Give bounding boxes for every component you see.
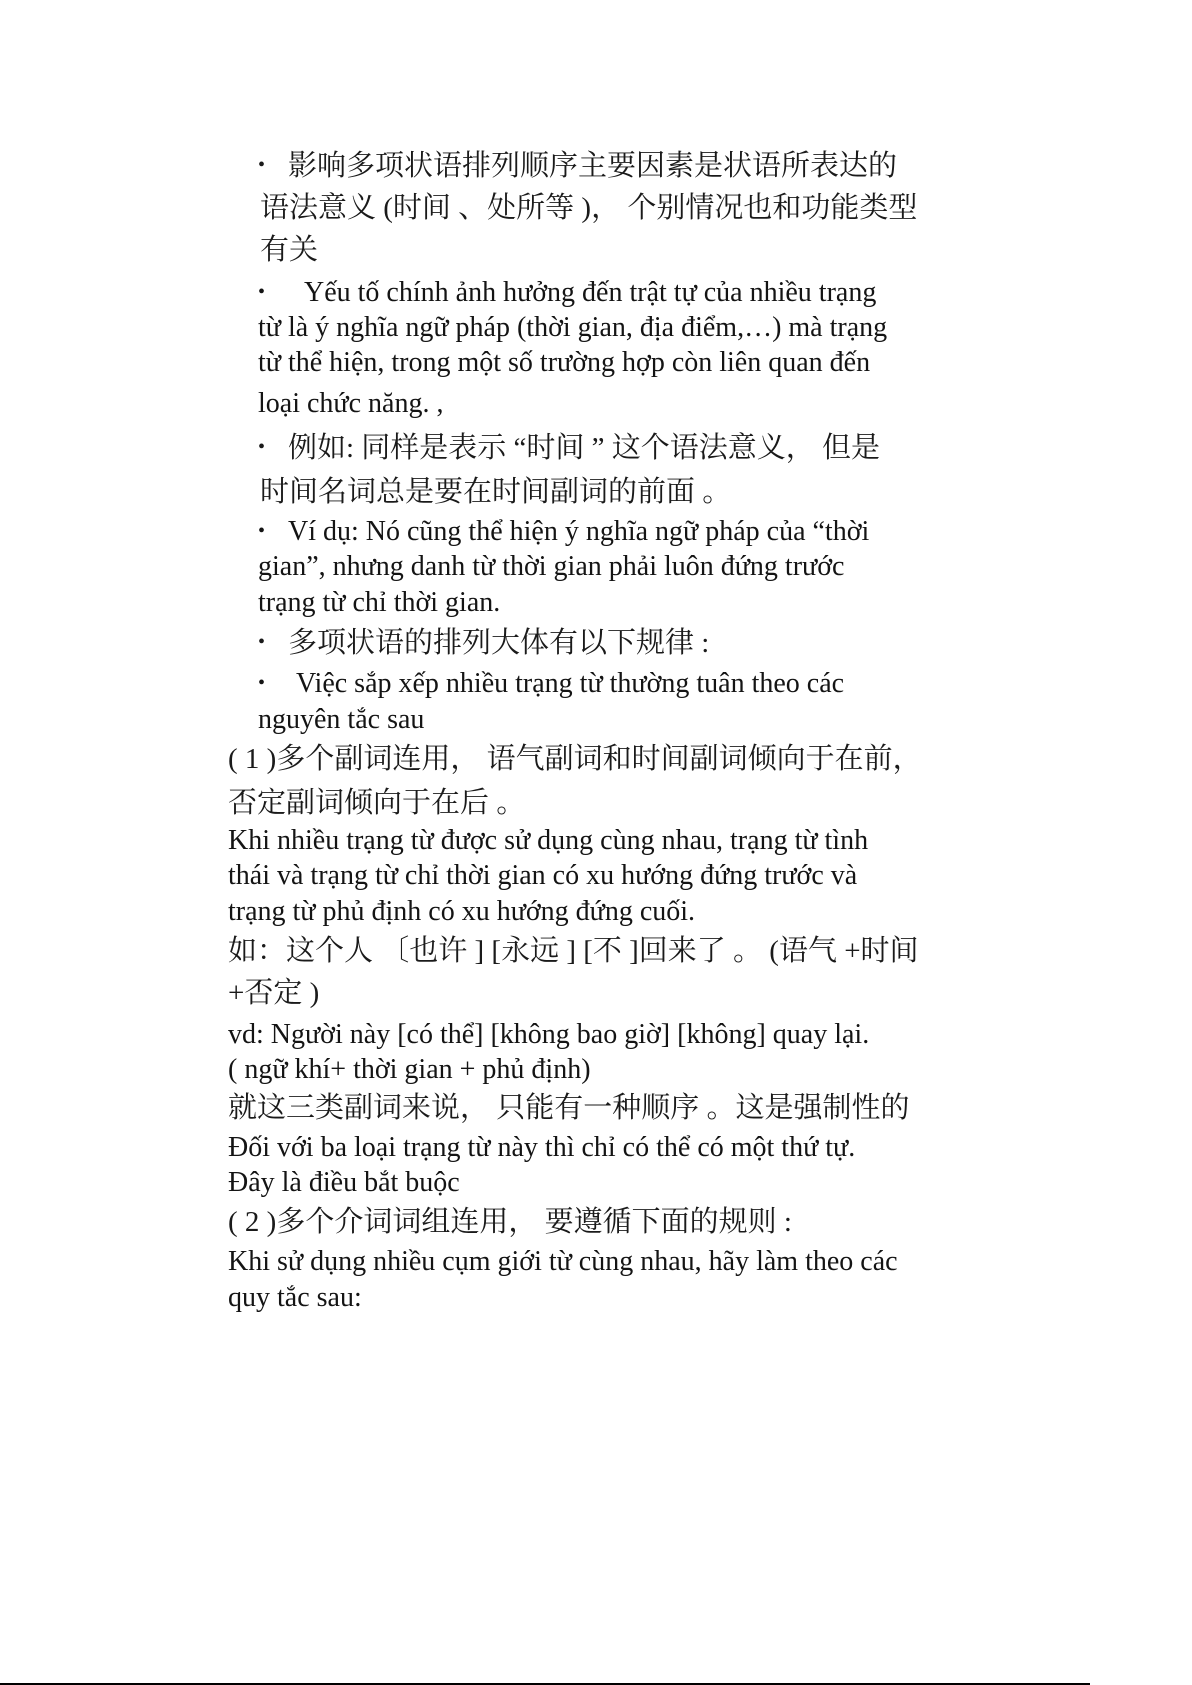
bullet-icon: •	[258, 521, 288, 541]
text-line: quy tắc sau:	[228, 1284, 362, 1312]
line-text: ( ngữ khí+ thời gian + phủ định)	[228, 1054, 591, 1085]
text-line: Khi nhiều trạng từ được sử dụng cùng nha…	[228, 827, 868, 855]
text-line: 时间名词总是要在时间副词的前面 。	[260, 478, 731, 507]
text-line: vd: Người này [có thể] [không bao giờ] […	[228, 1021, 869, 1049]
line-text: thái và trạng từ chỉ thời gian có xu hướ…	[228, 860, 857, 891]
line-text: trạng từ phủ định có xu hướng đứng cuối.	[228, 896, 695, 927]
line-text: loại chức năng. ,	[258, 388, 443, 419]
text-line: 否定副词倾向于在后 。	[228, 789, 525, 818]
text-line: ( ngữ khí+ thời gian + phủ định)	[228, 1056, 591, 1084]
bullet-icon: •	[258, 673, 296, 693]
text-line: từ là ý nghĩa ngữ pháp (thời gian, địa đ…	[258, 314, 887, 342]
line-text: từ là ý nghĩa ngữ pháp (thời gian, địa đ…	[258, 312, 887, 343]
text-line: trạng từ chỉ thời gian.	[258, 589, 500, 617]
text-line: nguyên tắc sau	[258, 706, 424, 734]
text-line: •例如: 同样是表示 “时间 ” 这个语法意义， 但是	[258, 434, 880, 463]
line-text: 影响多项状语排列顺序主要因素是状语所表达的	[288, 150, 897, 182]
text-line: thái và trạng từ chỉ thời gian có xu hướ…	[228, 862, 857, 890]
line-text: Khi nhiều trạng từ được sử dụng cùng nha…	[228, 825, 868, 856]
line-text: trạng từ chỉ thời gian.	[258, 587, 500, 618]
bullet-icon: •	[258, 437, 288, 457]
bullet-icon: •	[258, 632, 288, 652]
line-text: Đây là điều bắt buộc	[228, 1167, 460, 1198]
line-text: 有关	[260, 234, 318, 266]
text-line: •Ví dụ: Nó cũng thể hiện ý nghĩa ngữ phá…	[258, 518, 869, 546]
bullet-icon: •	[258, 155, 288, 175]
line-text: 如：这个人 〔也许 ] [永远 ] [不 ]回来了 。 (语气 +时间	[228, 935, 919, 967]
text-line: •Việc sắp xếp nhiều trạng từ thường tuân…	[258, 670, 844, 698]
line-text: Đối với ba loại trạng từ này thì chỉ có …	[228, 1132, 855, 1163]
line-text: Ví dụ: Nó cũng thể hiện ý nghĩa ngữ pháp…	[288, 516, 869, 547]
text-line: •多项状语的排列大体有以下规律 :	[258, 629, 709, 658]
text-line: ( 1 )多个副词连用， 语气副词和时间副词倾向于在前，	[228, 745, 922, 774]
document-page: •影响多项状语排列顺序主要因素是状语所表达的 语法意义 (时间 、处所等 )， …	[0, 0, 1192, 1685]
line-text: gian”, nhưng danh từ thời gian phải luôn…	[258, 551, 844, 582]
line-text: 多项状语的排列大体有以下规律 :	[288, 627, 709, 659]
line-text: Khi sử dụng nhiều cụm giới từ cùng nhau,…	[228, 1246, 898, 1277]
line-text: ( 2 )多个介词词组连用， 要遵循下面的规则 :	[228, 1206, 792, 1238]
line-text: ( 1 )多个副词连用， 语气副词和时间副词倾向于在前，	[228, 743, 922, 775]
line-text: 否定副词倾向于在后 。	[228, 787, 525, 819]
text-line: trạng từ phủ định có xu hướng đứng cuối.	[228, 898, 695, 926]
line-text: nguyên tắc sau	[258, 704, 424, 735]
text-line: loại chức năng. ,	[258, 390, 443, 418]
text-line: 语法意义 (时间 、处所等 )， 个别情况也和功能类型	[260, 194, 917, 223]
text-line: •影响多项状语排列顺序主要因素是状语所表达的	[258, 152, 897, 181]
bullet-icon: •	[258, 282, 304, 302]
text-line: Khi sử dụng nhiều cụm giới từ cùng nhau,…	[228, 1248, 898, 1276]
line-text: vd: Người này [có thể] [không bao giờ] […	[228, 1019, 869, 1050]
text-line: +否定 )	[228, 979, 319, 1008]
text-line: 有关	[260, 236, 318, 265]
line-text: Việc sắp xếp nhiều trạng từ thường tuân …	[296, 668, 844, 699]
text-line: Đối với ba loại trạng từ này thì chỉ có …	[228, 1134, 855, 1162]
line-text: 就这三类副词来说， 只能有一种顺序 。这是强制性的	[228, 1092, 910, 1124]
text-line: ( 2 )多个介词词组连用， 要遵循下面的规则 :	[228, 1208, 792, 1237]
text-line: gian”, nhưng danh từ thời gian phải luôn…	[258, 553, 844, 581]
text-line: 如：这个人 〔也许 ] [永远 ] [不 ]回来了 。 (语气 +时间	[228, 937, 919, 966]
text-line: •Yếu tố chính ảnh hưởng đến trật tự của …	[258, 279, 876, 307]
line-text: 时间名词总是要在时间副词的前面 。	[260, 476, 731, 508]
line-text: Yếu tố chính ảnh hưởng đến trật tự của n…	[304, 277, 876, 308]
line-text: quy tắc sau:	[228, 1282, 362, 1313]
line-text: +否定 )	[228, 977, 319, 1009]
line-text: từ thể hiện, trong một số trường hợp còn…	[258, 347, 870, 378]
text-line: Đây là điều bắt buộc	[228, 1169, 460, 1197]
line-text: 例如: 同样是表示 “时间 ” 这个语法意义， 但是	[288, 432, 880, 464]
text-line: từ thể hiện, trong một số trường hợp còn…	[258, 349, 870, 377]
line-text: 语法意义 (时间 、处所等 )， 个别情况也和功能类型	[260, 192, 917, 224]
text-line: 就这三类副词来说， 只能有一种顺序 。这是强制性的	[228, 1094, 910, 1123]
